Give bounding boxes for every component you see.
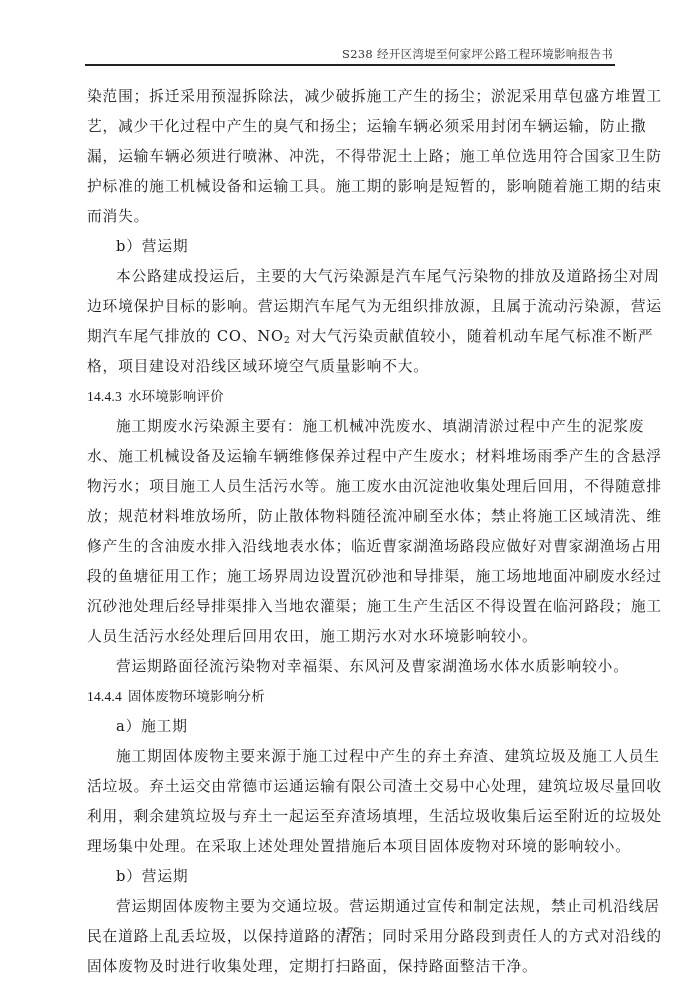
section-number: 14.4.3 bbox=[87, 389, 122, 404]
text-line: 营运期固体废物主要为交通垃圾。营运期通过宣传和制定法规，禁止司机沿线居 bbox=[87, 892, 615, 922]
text-line: 护标准的施工机械设备和运输工具。施工期的影响是短暂的，影响随着施工期的结束 bbox=[87, 172, 615, 202]
section-heading-solid-waste: 14.4.4固体废物环境影响分析 bbox=[87, 682, 615, 712]
text-line: 而消失。 bbox=[87, 202, 615, 232]
page-number: 175 bbox=[0, 924, 700, 940]
text-fragment: 对大气污染贡献值较小，随着机动车尾气标准不断严 bbox=[291, 328, 654, 345]
text-line: 放；规范材料堆放场所，防止散体物料随径流冲刷至水体；禁止将施工区域清洗、维 bbox=[87, 502, 615, 532]
text-line: 理场集中处理。在采取上述处理处置措施后本项目固体废物对环境的影响较小。 bbox=[87, 832, 615, 862]
text-line: 边环境保护目标的影响。营运期汽车尾气为无组织排放源，且属于流动污染源，营运 bbox=[87, 292, 615, 322]
subheading-solid-operation: b）营运期 bbox=[87, 862, 615, 892]
section-heading-water: 14.4.3水环境影响评价 bbox=[87, 382, 615, 412]
text-fragment: 期汽车尾气排放的 CO、NO bbox=[87, 328, 284, 345]
text-line: 施工期废水污染源主要有：施工机械冲洗废水、填湖清淤过程中产生的泥浆废 bbox=[87, 412, 615, 442]
text-line: 沉砂池处理后经导排渠排入当地农灌渠；施工生产生活区不得设置在临河路段；施工 bbox=[87, 592, 615, 622]
text-line: 施工期固体废物主要来源于施工过程中产生的弃土弃渣、建筑垃圾及施工人员生 bbox=[87, 742, 615, 772]
text-line: 段的鱼塘征用工作；施工场界周边设置沉砂池和导排渠，施工场地地面冲刷废水经过 bbox=[87, 562, 615, 592]
section-number: 14.4.4 bbox=[87, 689, 122, 704]
text-line: 漏，运输车辆必须进行喷淋、冲洗，不得带泥土上路；施工单位选用符合国家卫生防 bbox=[87, 142, 615, 172]
text-line: 修产生的含油废水排入沿线地表水体；临近曹家湖渔场路段应做好对曹家湖渔场占用 bbox=[87, 532, 615, 562]
text-line: 水、施工机械设备及运输车辆维修保养过程中产生废水；材料堆场雨季产生的含悬浮 bbox=[87, 442, 615, 472]
text-line: 格，项目建设对沿线区域环境空气质量影响不大。 bbox=[87, 352, 615, 382]
document-title: S238 经开区湾堤至何家坪公路工程环境影响报告书 bbox=[342, 46, 613, 62]
text-line: 利用，剩余建筑垃圾与弃土一起运至弃渣场填埋，生活垃圾收集后运至附近的垃圾处 bbox=[87, 802, 615, 832]
page-body: 染范围；拆迁采用预湿拆除法，减少破拆施工产生的扬尘；淤泥采用草包盛方堆置工 艺，… bbox=[87, 82, 615, 982]
text-line: 物污水；项目施工人员生活污水等。施工废水由沉淀池收集处理后回用，不得随意排 bbox=[87, 472, 615, 502]
text-line: 活垃圾。弃土运交由常德市运通运输有限公司渣土交易中心处理，建筑垃圾尽量回收 bbox=[87, 772, 615, 802]
subscript: 2 bbox=[284, 336, 291, 346]
text-line-with-formula: 期汽车尾气排放的 CO、NO2 对大气污染贡献值较小，随着机动车尾气标准不断严 bbox=[87, 322, 615, 352]
subheading-solid-construction: a）施工期 bbox=[87, 712, 615, 742]
text-line: 本公路建成投运后，主要的大气污染源是汽车尾气污染物的排放及道路扬尘对周 bbox=[87, 262, 615, 292]
page-header: S238 经开区湾堤至何家坪公路工程环境影响报告书 bbox=[85, 44, 615, 66]
paragraph-solid-construction: 施工期固体废物主要来源于施工过程中产生的弃土弃渣、建筑垃圾及施工人员生 活垃圾。… bbox=[87, 742, 615, 862]
paragraph-water-operation: 营运期路面径流污染物对幸福渠、东风河及曹家湖渔场水体水质影响较小。 bbox=[87, 652, 615, 682]
text-line: 染范围；拆迁采用预湿拆除法，减少破拆施工产生的扬尘；淤泥采用草包盛方堆置工 bbox=[87, 82, 615, 112]
paragraph-water-construction: 施工期废水污染源主要有：施工机械冲洗废水、填湖清淤过程中产生的泥浆废 水、施工机… bbox=[87, 412, 615, 652]
text-line: 人员生活污水经处理后回用农田，施工期污水对水环境影响较小。 bbox=[87, 622, 615, 652]
paragraph-air-operation: 本公路建成投运后，主要的大气污染源是汽车尾气污染物的排放及道路扬尘对周 边环境保… bbox=[87, 262, 615, 382]
paragraph-air-construction-cont: 染范围；拆迁采用预湿拆除法，减少破拆施工产生的扬尘；淤泥采用草包盛方堆置工 艺，… bbox=[87, 82, 615, 232]
text-line: 固体废物及时进行收集处理，定期打扫路面，保持路面整洁干净。 bbox=[87, 952, 615, 982]
text-line: 艺，减少干化过程中产生的臭气和扬尘；运输车辆必须采用封闭车辆运输，防止撒 bbox=[87, 112, 615, 142]
section-title: 水环境影响评价 bbox=[128, 389, 224, 405]
section-title: 固体废物环境影响分析 bbox=[128, 689, 265, 705]
subheading-air-operation: b）营运期 bbox=[87, 232, 615, 262]
